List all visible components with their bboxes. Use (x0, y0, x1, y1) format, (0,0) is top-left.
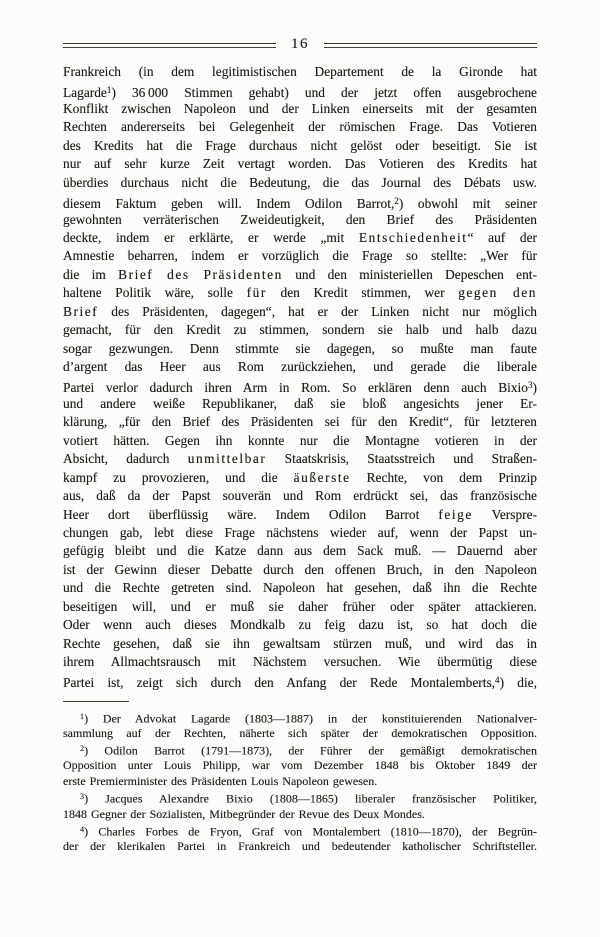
running-head: 16 (63, 37, 537, 53)
scanned-book-page: 16 Frankreich (in dem legitimistischen D… (0, 0, 600, 937)
body-text-line: ihrem Allmachtsrausch mit Nächstem versu… (63, 653, 537, 671)
letterspaced-text: für (247, 285, 267, 300)
body-text-line: gemacht, für den Kredit zu stimmen, sond… (63, 321, 537, 339)
text-segment: und andere weiße Republikaner, daß sie b… (63, 396, 537, 411)
header-rule-right (324, 43, 537, 48)
body-text-line: ist der Gewinn dieser Debatte durch den … (63, 561, 537, 579)
body-text-line: Amnestie beharren, indem er vorzüglich d… (63, 247, 537, 265)
text-segment: Verspre- (473, 507, 537, 522)
body-text-line: nur auf sehr kurze Zeit vertagt worden. … (63, 155, 537, 173)
footnote-line: 4) Charles Forbes de Fryon, Graf von Mon… (63, 822, 537, 838)
body-text-line: votiert hätten. Gegen ihn konnte nur die… (63, 432, 537, 450)
body-text-line: Lagarde1) 36 000 Stimmen gehabt) und der… (63, 81, 537, 99)
body-text-line: Konflikt zwischen Napoleon und der Linke… (63, 100, 537, 118)
text-segment: Staatskrisis, Staatsstreich und Straßen- (266, 451, 537, 466)
footnote-line: erste Premierminister des Präsidenten Lo… (63, 773, 537, 789)
text-segment: ) die, (500, 675, 537, 690)
text-segment: 1848 Gegner der Sozialisten, Mitbegründe… (63, 807, 425, 821)
letterspaced-text: Brief des Präsidenten (118, 267, 283, 282)
footnote-line: 1848 Gegner der Sozialisten, Mitbegründe… (63, 806, 537, 822)
text-segment: überdies durchaus nicht die Bedeutung, d… (63, 175, 537, 190)
text-segment: Partei ist, zeigt sich durch den Anfang … (63, 675, 495, 690)
text-segment: Lagarde (63, 85, 107, 100)
footnote-line: Opposition unter Louis Philipp, war vom … (63, 757, 537, 773)
text-segment: Absicht, dadurch (63, 451, 188, 466)
text-segment: diesem Faktum geben will. Indem Odilon B… (63, 196, 394, 211)
text-segment: Rechten andererseits bei Gelegenheit der… (63, 119, 537, 134)
text-segment: Frankreich (in dem legitimistischen Depa… (63, 64, 537, 79)
footnote-line: 1) Der Advokat Lagarde (1803—1887) in de… (63, 709, 537, 725)
text-segment: gewohnten verräterischen Zweideutigkeit,… (63, 212, 537, 227)
body-text-line: und die Rechte getreten sind. Napoleon h… (63, 579, 537, 597)
text-segment: Amnestie beharren, indem er vorzüglich d… (63, 248, 537, 263)
body-text-line: Partei verlor dadurch ihren Arm in Rom. … (63, 376, 537, 394)
text-segment: ) Jacques Alexandre Bixio (1808—1865) li… (84, 792, 537, 806)
body-text-line: Partei ist, zeigt sich durch den Anfang … (63, 671, 537, 689)
text-segment: Oder wenn auch dieses Mondkalb zu feig d… (63, 617, 537, 632)
body-text-line: beseitigen will, und er muß sie daher fr… (63, 598, 537, 616)
body-text-line: Heer dort überflüssig wäre. Indem Odilon… (63, 506, 537, 524)
text-segment: chungen gab, lebt diese Frage nächstens … (63, 525, 537, 540)
body-text-line: aus, daß da der Papst souverän und Rom e… (63, 487, 537, 505)
text-segment: ) Charles Forbes de Fryon, Graf von Mont… (84, 824, 537, 838)
text-segment: sammlung auf der Rechten, näherte sich s… (63, 726, 537, 740)
text-segment: gefügig bleibt und die Katze dann aus de… (63, 543, 537, 558)
body-text-line: deckte, indem er erklärte, er werde „mit… (63, 229, 537, 247)
body-text-line: Rechte gesehen, daß sie ihn gewaltsam st… (63, 635, 537, 653)
letterspaced-text: Entschiedenheit (359, 230, 468, 245)
text-segment: und den ministeriellen Depeschen ent- (283, 267, 537, 282)
text-segment: Partei verlor dadurch ihren Arm in Rom. … (63, 380, 528, 395)
text-segment: den Kredit stimmen, wer (267, 285, 458, 300)
text-segment: Rechte gesehen, daß sie ihn gewaltsam st… (63, 636, 537, 651)
body-text-line: überdies durchaus nicht die Bedeutung, d… (63, 174, 537, 192)
text-segment: Heer dort überflüssig wäre. Indem Odilon… (63, 507, 438, 522)
text-segment: Rechte, von dem Prinzip (351, 470, 537, 485)
text-segment: sogar gezwungen. Denn stimmte sie dagege… (63, 341, 537, 356)
body-text-line: Oder wenn auch dieses Mondkalb zu feig d… (63, 616, 537, 634)
footnote-line: der der klerikalen Partei in Frankreich … (63, 838, 537, 854)
text-segment: votiert hätten. Gegen ihn konnte nur die… (63, 433, 537, 448)
body-text-line: kampf zu provozieren, und die äußerste R… (63, 469, 537, 487)
text-segment: ) Odilon Barrot (1791—1873), der Führer … (84, 744, 537, 758)
text-segment: der der klerikalen Partei in Frankreich … (63, 839, 537, 853)
body-text-line: gefügig bleibt und die Katze dann aus de… (63, 542, 537, 560)
body-text-line: gewohnten verräterischen Zweideutigkeit,… (63, 211, 537, 229)
body-text-line: diesem Faktum geben will. Indem Odilon B… (63, 192, 537, 210)
text-segment: Konflikt zwischen Napoleon und der Linke… (63, 101, 537, 116)
text-segment: des Präsidenten, dagegen“, hat er der Li… (98, 304, 537, 319)
letterspaced-text: unmittelbar (188, 451, 267, 466)
footnotes-block: 1) Der Advokat Lagarde (1803—1887) in de… (63, 709, 537, 854)
body-text-line: des Kredits hat die Frage durchaus nicht… (63, 137, 537, 155)
body-text-line: Frankreich (in dem legitimistischen Depa… (63, 63, 537, 81)
text-segment: und die Rechte getreten sind. Napoleon h… (63, 580, 537, 595)
text-segment: ) Der Advokat Lagarde (1803—1887) in der… (84, 711, 537, 725)
text-segment: erste Premierminister des Präsidenten Lo… (63, 774, 377, 788)
letterspaced-text: äußerste (294, 470, 351, 485)
text-segment: klärung, „für den Brief des Präsidenten … (63, 414, 537, 429)
text-segment: kampf zu provozieren, und die (63, 470, 294, 485)
body-text-line: klärung, „für den Brief des Präsidenten … (63, 413, 537, 431)
text-segment: haltene Politik wäre, solle (63, 285, 247, 300)
body-text-line: chungen gab, lebt diese Frage nächstens … (63, 524, 537, 542)
footnote-line: 3) Jacques Alexandre Bixio (1808—1865) l… (63, 789, 537, 805)
text-segment: ihrem Allmachtsrausch mit Nächstem versu… (63, 654, 537, 669)
letterspaced-text: feige (438, 507, 472, 522)
body-text-line: und andere weiße Republikaner, daß sie b… (63, 395, 537, 413)
text-segment: d’argent das Heer aus Rom zurückziehen, … (63, 359, 537, 374)
text-segment: nur auf sehr kurze Zeit vertagt worden. … (63, 156, 537, 171)
text-segment: Opposition unter Louis Philipp, war vom … (63, 758, 537, 772)
text-segment: “ auf der (468, 230, 537, 245)
footnote-line: 2) Odilon Barrot (1791—1873), der Führer… (63, 741, 537, 757)
text-segment: des Kredits hat die Frage durchaus nicht… (63, 138, 537, 153)
footnote-line: sammlung auf der Rechten, näherte sich s… (63, 725, 537, 741)
letterspaced-text: gegen den (458, 285, 537, 300)
text-segment: beseitigen will, und er muß sie daher fr… (63, 599, 537, 614)
body-text-line: sogar gezwungen. Denn stimmte sie dagege… (63, 340, 537, 358)
body-text-line: d’argent das Heer aus Rom zurückziehen, … (63, 358, 537, 376)
header-rule-left (63, 43, 276, 48)
text-segment: deckte, indem er erklärte, er werde „mit (63, 230, 359, 245)
body-text-block: Frankreich (in dem legitimistischen Depa… (63, 63, 537, 690)
letterspaced-text: Brief (63, 304, 98, 319)
body-text-line: Rechten andererseits bei Gelegenheit der… (63, 118, 537, 136)
footnote-separator (63, 701, 129, 702)
text-segment: aus, daß da der Papst souverän und Rom e… (63, 488, 537, 503)
text-segment: ) (533, 380, 537, 395)
text-segment: ) obwohl mit seiner (399, 196, 537, 211)
body-text-line: die im Brief des Präsidenten und den min… (63, 266, 537, 284)
text-segment: ist der Gewinn dieser Debatte durch den … (63, 562, 537, 577)
body-text-line: haltene Politik wäre, solle für den Kred… (63, 284, 537, 302)
text-segment: die im (63, 267, 118, 282)
text-segment: ) 36 000 Stimmen gehabt) und der jetzt o… (111, 85, 537, 100)
page-number: 16 (276, 37, 324, 52)
body-text-line: Absicht, dadurch unmittelbar Staatskrisi… (63, 450, 537, 468)
body-text-line: Brief des Präsidenten, dagegen“, hat er … (63, 303, 537, 321)
text-segment: gemacht, für den Kredit zu stimmen, sond… (63, 322, 537, 337)
